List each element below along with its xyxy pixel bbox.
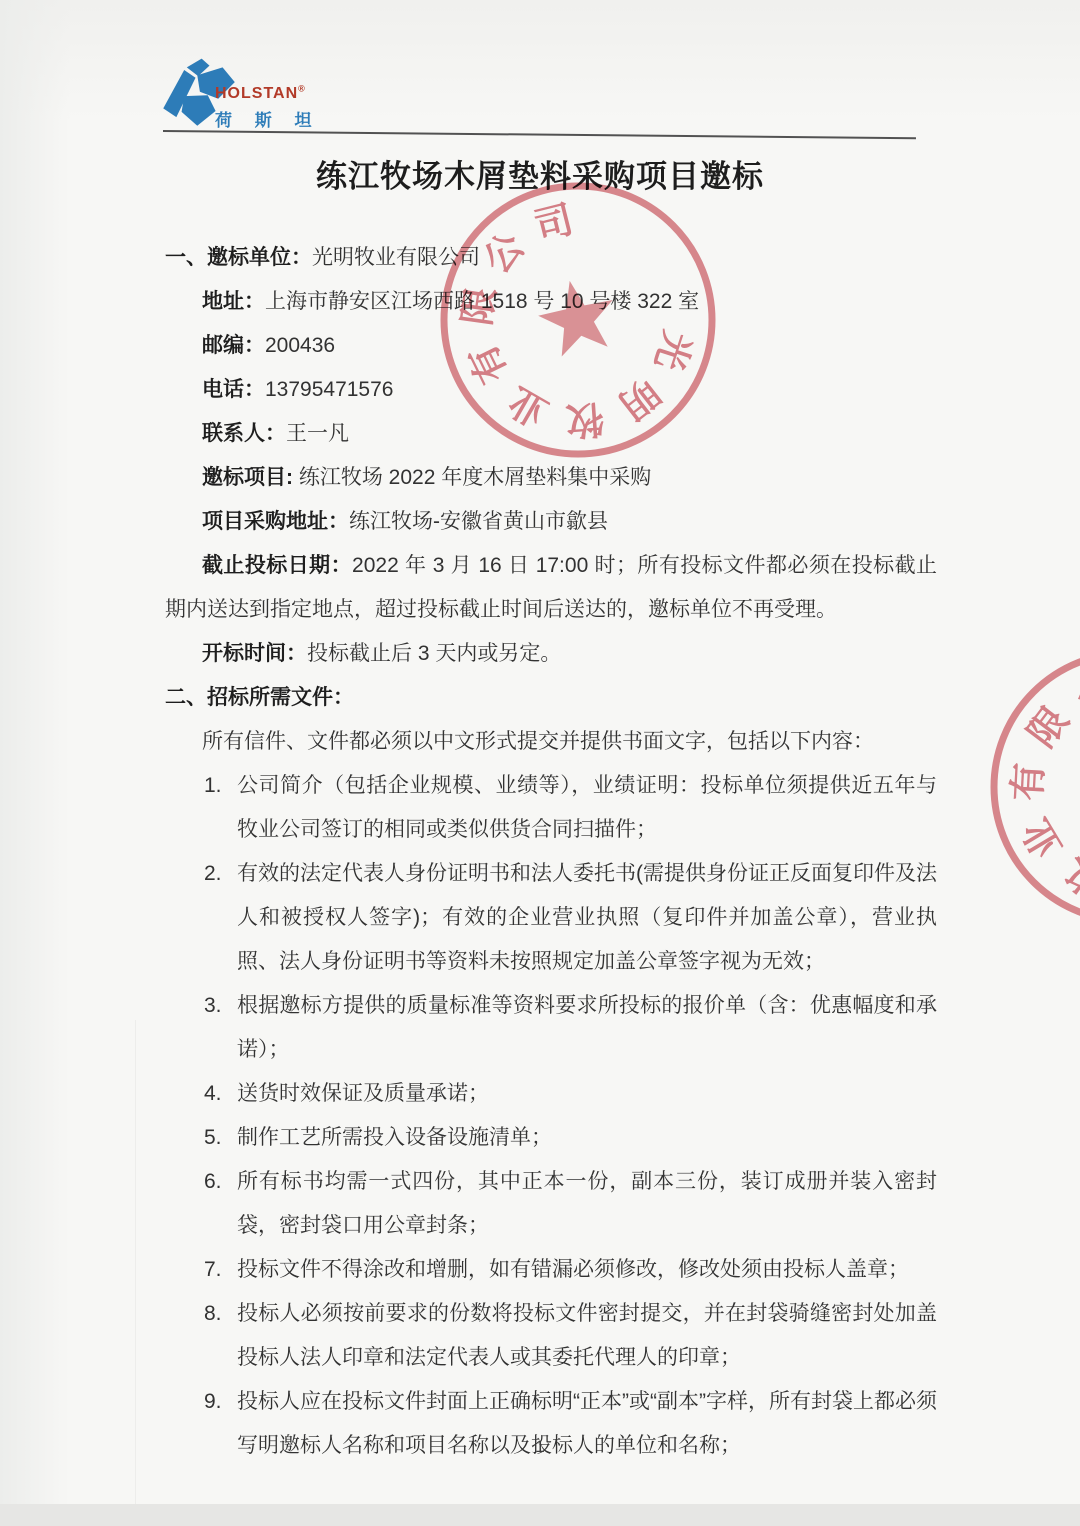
brand-name-cn: 荷 斯 坦 [215, 106, 320, 131]
field-bid-deadline: 截止投标日期：2022 年 3 月 16 日 17:00 时；所有投标文件都必须… [165, 544, 937, 632]
svg-text:有: 有 [1007, 762, 1051, 802]
svg-text:限: 限 [1021, 700, 1077, 756]
section2-heading: 二、招标所需文件： [165, 676, 937, 720]
list-item-4: 4.送货时效保证及质量承诺； [165, 1072, 937, 1116]
list-item-3: 3.根据邀标方提供的质量标准等资料要求所投标的报价单（含：优惠幅度和承诺）； [165, 984, 937, 1072]
field-postcode: 邮编：200436 [202, 324, 937, 368]
list-item-5: 5.制作工艺所需投入设备设施清单； [165, 1116, 937, 1160]
field-phone: 电话：13795471576 [202, 368, 937, 412]
svg-text:公: 公 [1071, 667, 1080, 719]
field-contact: 联系人：王一凡 [202, 412, 937, 456]
company-seal-stamp-partial: 光明牧业有限公司 [978, 637, 1080, 937]
document-page: HOLSTAN® 荷 斯 坦 练江牧场木屑垫料采购项目邀标 一、邀标单位：光明牧… [0, 0, 1080, 1526]
brand-logo: HOLSTAN® 荷 斯 坦 [158, 56, 388, 138]
brand-name: HOLSTAN® [215, 85, 306, 102]
page-number: 1 [0, 1437, 1080, 1457]
scan-shade-left [0, 0, 70, 1526]
document-body: 一、邀标单位：光明牧业有限公司 地址：上海市静安区江场西路 1518 号 10 … [165, 236, 937, 1468]
registered-mark-icon: ® [298, 84, 306, 94]
list-item-8: 8.投标人必须按前要求的份数将投标文件密封提交，并在封袋骑缝密封处加盖投标人法人… [165, 1292, 937, 1380]
document-title: 练江牧场木屑垫料采购项目邀标 [0, 151, 1080, 196]
list-item-6: 6.所有标书均需一式四份，其中正本一份，副本三份，装订成册并装入密封袋，密封袋口… [165, 1160, 937, 1248]
scan-shade-bottom [0, 1504, 1080, 1526]
list-item-2: 2.有效的法定代表人身份证明书和法人委托书(需提供身份证正反面复印件及法人和被授… [165, 852, 937, 984]
section2-intro: 所有信件、文件都必须以中文形式提交并提供书面文字，包括以下内容： [202, 720, 937, 764]
field-procurement-site: 项目采购地址：练江牧场-安徽省黄山市歙县 [202, 500, 937, 544]
field-address: 地址：上海市静安区江场西路 1518 号 10 号楼 322 室 [202, 280, 937, 324]
svg-text:业: 业 [1015, 811, 1071, 865]
svg-text:牧: 牧 [1060, 850, 1080, 904]
list-item-1: 1.公司简介（包括企业规模、业绩等），业绩证明：投标单位须提供近五年与牧业公司签… [165, 764, 937, 852]
field-project: 邀标项目: 练江牧场 2022 年度木屑垫料集中采购 [202, 456, 937, 500]
field-bid-opening: 开标时间：投标截止后 3 天内或另定。 [202, 632, 937, 676]
section1-heading: 一、邀标单位：光明牧业有限公司 [165, 236, 937, 280]
list-item-7: 7.投标文件不得涂改和增删，如有错漏必须修改，修改处须由投标人盖章； [165, 1248, 937, 1292]
